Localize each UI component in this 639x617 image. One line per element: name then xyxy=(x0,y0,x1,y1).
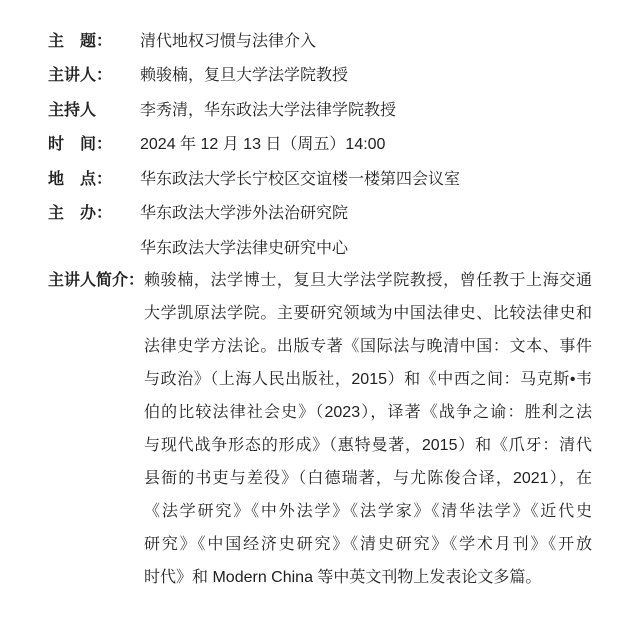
host-label: 主持人 xyxy=(48,97,140,120)
field-row-topic: 主 题： 清代地权习惯与法律介入 xyxy=(48,22,592,57)
time-value: 2024 年 12 月 13 日（周五）14:00 xyxy=(140,131,592,154)
bio-line: 时代》和 Modern China 等中英文刊物上发表论文多篇。 xyxy=(144,561,592,594)
bio-line: 赖骏楠，法学博士，复旦大学法学院教授，曾任教于上海交通 xyxy=(144,264,592,297)
topic-label: 主 题： xyxy=(48,28,140,51)
field-row-speaker: 主讲人： 赖骏楠，复旦大学法学院教授 xyxy=(48,57,592,92)
bio-line: 研究》《中国经济史研究》《清史研究》《学术月刊》《开放 xyxy=(144,528,592,561)
host-value: 李秀清，华东政法大学法律学院教授 xyxy=(140,97,592,120)
speaker-bio-section: 主讲人简介： 赖骏楠，法学博士，复旦大学法学院教授，曾任教于上海交通 大学凯原法… xyxy=(48,264,592,594)
bio-line: 与现代战争形态的形成》（惠特曼著，2015）和《爪牙：清代 xyxy=(144,429,592,462)
bio-label: 主讲人简介： xyxy=(48,264,144,297)
document-page: 主 题： 清代地权习惯与法律介入 主讲人： 赖骏楠，复旦大学法学院教授 主持人 … xyxy=(0,0,639,617)
bio-line: 《法学研究》《中外法学》《法学家》《清华法学》《近代史 xyxy=(144,495,592,528)
field-row-location: 地 点： 华东政法大学长宁校区交谊楼一楼第四会议室 xyxy=(48,160,592,195)
field-row-time: 时 间： 2024 年 12 月 13 日（周五）14:00 xyxy=(48,126,592,161)
speaker-value: 赖骏楠，复旦大学法学院教授 xyxy=(140,62,592,85)
organizer-second-value: 华东政法大学法律史研究中心 xyxy=(140,235,592,258)
bio-line: 与政治》（上海人民出版社，2015）和《中西之间：马克斯•韦 xyxy=(144,363,592,396)
bio-line: 县衙的书吏与差役》（白德瑞著，与尤陈俊合译，2021），在 xyxy=(144,462,592,495)
time-label: 时 间： xyxy=(48,131,140,154)
topic-value: 清代地权习惯与法律介入 xyxy=(140,28,592,51)
organizer-label: 主 办： xyxy=(48,200,140,223)
field-row-host: 主持人 李秀清，华东政法大学法律学院教授 xyxy=(48,91,592,126)
bio-line: 伯的比较法律社会史》（2023），译著《战争之谕：胜利之法 xyxy=(144,396,592,429)
bio-line: 法律史学方法论。出版专著《国际法与晚清中国：文本、事件 xyxy=(144,330,592,363)
speaker-label: 主讲人： xyxy=(48,62,140,85)
location-label: 地 点： xyxy=(48,166,140,189)
field-row-organizer: 主 办： 华东政法大学涉外法治研究院 xyxy=(48,195,592,230)
bio-paragraph: 赖骏楠，法学博士，复旦大学法学院教授，曾任教于上海交通 大学凯原法学院。主要研究… xyxy=(144,264,592,594)
bio-line: 大学凯原法学院。主要研究领域为中国法律史、比较法律史和 xyxy=(144,297,592,330)
organizer-value: 华东政法大学涉外法治研究院 xyxy=(140,200,592,223)
field-row-organizer-line2: 华东政法大学法律史研究中心 xyxy=(48,229,592,264)
location-value: 华东政法大学长宁校区交谊楼一楼第四会议室 xyxy=(140,166,592,189)
